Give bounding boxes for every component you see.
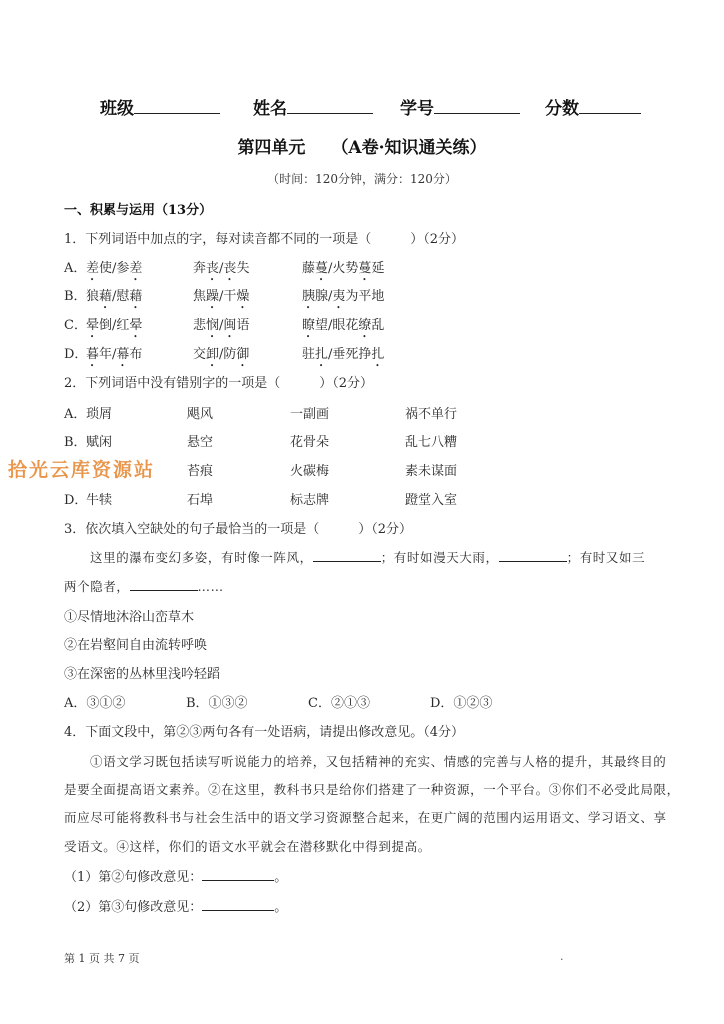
answer-2-blank[interactable] (202, 897, 274, 911)
class-label: 班级 (100, 99, 134, 119)
word-text: 狼 (86, 289, 99, 304)
emphasized-char: 夷 (332, 289, 345, 304)
question-3-stem: 3．依次填入空缺处的句子最恰当的一项是（ ）（2分） (64, 518, 412, 537)
q1-word-pair: 藤蔓/火势蔓延 (302, 257, 384, 284)
emphasized-char: 瞭 (302, 318, 315, 333)
emphasized-char: 丧 (223, 261, 236, 276)
emphasized-char: 暮 (86, 347, 99, 362)
header-field-score: 分数 (545, 94, 641, 119)
passage-text: …… (198, 579, 224, 594)
question-4-stem: 4．下面文段中，第②③两句各有一处语病，请提出修改意见。（4分） (64, 721, 464, 740)
word-text: 奔 (193, 261, 206, 276)
option-a[interactable]: A．③①② (64, 692, 125, 711)
q1-option-label[interactable]: C． (64, 314, 87, 333)
option-d[interactable]: D．①②③ (430, 692, 492, 711)
word-text: 失 (236, 261, 249, 276)
word-text: 年/ (99, 347, 116, 362)
header-field-class: 班级 (100, 94, 220, 119)
q2-word: 乱七八糟 (405, 431, 457, 450)
q1-word-pair: 奔丧/丧失 (193, 257, 249, 284)
q1-word-pair: 暮年/幕布 (86, 343, 142, 370)
word-text: 布 (129, 347, 142, 362)
q1-option-label[interactable]: B． (64, 285, 87, 304)
emphasized-char: 晕 (86, 318, 99, 333)
q2-word: 花骨朵 (290, 431, 329, 450)
q1-word-pair: 晕倒/红晕 (86, 314, 142, 341)
q1-word-pair: 交卸/防御 (193, 343, 249, 370)
q1-option-label[interactable]: D． (64, 343, 87, 362)
exam-time-info: （时间：120分钟，满分：120分） (0, 170, 724, 187)
word-text: 交 (193, 347, 206, 362)
blank-1[interactable] (313, 548, 381, 562)
answer-1: （1）第②句修改意见：。 (64, 866, 287, 885)
passage-text: ；有时如漫天大雨， (381, 550, 499, 565)
q2-word: 牛犊 (86, 489, 112, 508)
emphasized-char: 差 (129, 261, 142, 276)
word-text: /火势 (328, 261, 358, 276)
question-1-stem: 1．下列词语中加点的字，每对读音都不同的一项是（ ）（2分） (64, 228, 464, 247)
word-text: 悲 (193, 318, 206, 333)
emphasized-char: 幕 (116, 347, 129, 362)
word-text: /垂死挣 (328, 347, 371, 362)
q2-word: 石埠 (187, 489, 213, 508)
word-text: 驻 (302, 347, 315, 362)
word-text: /干 (219, 289, 236, 304)
emphasized-char: 御 (236, 347, 249, 362)
q2-word: 琐屑 (86, 403, 112, 422)
name-blank[interactable] (287, 97, 373, 114)
question-4-passage-line-3: 而应尽可能将教科书与社会生活中的语文学习资源整合起来，在更广阔的范围内运用语文、… (64, 808, 667, 826)
class-blank[interactable] (134, 97, 220, 114)
answer-2-label: （2）第③句修改意见： (64, 900, 202, 915)
question-4-passage-line-1: ①语文学习既包括读写听说能力的培养，又包括精神的充实、情感的完善与人格的提升，其… (90, 752, 666, 770)
emphasized-char: 躁 (206, 289, 219, 304)
header-field-name: 姓名 (253, 94, 373, 119)
q2-option-label[interactable]: D． (64, 489, 87, 508)
header-field-student-id: 学号 (400, 94, 520, 119)
q1-option-label[interactable]: A． (64, 257, 86, 276)
option-c[interactable]: C．②①③ (308, 692, 370, 711)
answer-1-suffix: 。 (274, 870, 287, 885)
score-label: 分数 (545, 99, 579, 119)
emphasized-char: 丧 (206, 261, 219, 276)
emphasized-char: 燥 (236, 289, 249, 304)
q2-word: 标志牌 (290, 489, 329, 508)
sentence-2: ②在岩壑间自由流转呼唤 (64, 634, 207, 653)
word-text: 语 (236, 318, 249, 333)
emphasized-char: 藉 (99, 289, 112, 304)
emphasized-char: 缭 (358, 318, 371, 333)
question-2-stem: 2．下列词语中没有错别字的一项是（ ）（2分） (64, 372, 373, 391)
emphasized-char: 扎 (371, 347, 384, 362)
emphasized-char: 扎 (315, 347, 328, 362)
answer-2-suffix: 。 (274, 900, 287, 915)
word-text: 藤 (302, 261, 315, 276)
student-id-blank[interactable] (434, 97, 520, 114)
question-3-passage-line-2: 两个隐者，…… (64, 577, 224, 595)
page-number: 第 1 页 共 7 页 (64, 950, 139, 966)
emphasized-char: 卸 (206, 347, 219, 362)
emphasized-char: 晕 (129, 318, 142, 333)
student-id-label: 学号 (400, 99, 434, 119)
word-text: 乱 (371, 318, 384, 333)
q1-word-pair: 悲悯/闽语 (193, 314, 249, 341)
word-text: 使/参 (99, 261, 129, 276)
word-text: 为平地 (345, 289, 384, 304)
word-text: /防 (219, 347, 236, 362)
question-4-passage-line-2: 是要全面提高语文素养。②在这里，教科书只是给你们搭建了一种资源，一个平台。③你们… (64, 780, 680, 798)
title-volume: （A卷·知识通关练） (331, 138, 486, 158)
emphasized-char: 悯 (206, 318, 219, 333)
word-text: 延 (371, 261, 384, 276)
q2-word: 蹬堂入室 (405, 489, 457, 508)
q1-word-pair: 差使/参差 (86, 257, 142, 284)
page-title: 第四单元（A卷·知识通关练） (0, 133, 724, 158)
answer-2: （2）第③句修改意见：。 (64, 896, 287, 915)
q2-option-label[interactable]: B． (64, 431, 87, 450)
footer-mark: . (560, 950, 564, 963)
option-b[interactable]: B．①③② (186, 692, 248, 711)
word-text: 焦 (193, 289, 206, 304)
q2-word: 赋闲 (86, 431, 112, 450)
name-label: 姓名 (253, 99, 287, 119)
q2-word: 飓风 (187, 403, 213, 422)
q1-word-pair: 驻扎/垂死挣扎 (302, 343, 384, 370)
q2-word: 一副画 (290, 403, 329, 422)
blank-2[interactable] (499, 548, 567, 562)
answer-1-label: （1）第②句修改意见： (64, 870, 202, 885)
q2-option-label[interactable]: A． (64, 403, 86, 422)
question-3-passage-line-1: 这里的瀑布变幻多姿，有时像一阵风，；有时如漫天大雨，；有时又如三 (90, 548, 645, 566)
word-text: 腺/ (315, 289, 332, 304)
blank-3[interactable] (130, 577, 198, 591)
q1-word-pair: 狼藉/慰藉 (86, 285, 142, 312)
passage-text: 两个隐者， (64, 579, 130, 594)
emphasized-char: 藉 (129, 289, 142, 304)
question-4-passage-line-4: 受语文。④这样，你们的语文水平就会在潜移默化中得到提高。 (64, 837, 431, 855)
emphasized-char: 蔓 (358, 261, 371, 276)
emphasized-char: 胰 (302, 289, 315, 304)
q2-word: 苔痕 (187, 460, 213, 479)
q1-word-pair: 胰腺/夷为平地 (302, 285, 384, 312)
score-blank[interactable] (579, 97, 641, 114)
q1-word-pair: 焦躁/干燥 (193, 285, 249, 312)
q2-word: 悬空 (187, 431, 213, 450)
sentence-3: ③在深密的丛林里浅吟轻蹈 (64, 663, 220, 682)
q2-word: 火碳梅 (290, 460, 329, 479)
word-text: /慰 (112, 289, 129, 304)
passage-text: ；有时又如三 (567, 550, 646, 565)
answer-1-blank[interactable] (202, 867, 274, 881)
watermark: 拾光云库资源站 (8, 455, 155, 482)
emphasized-char: 差 (86, 261, 99, 276)
q1-word-pair: 瞭望/眼花缭乱 (302, 314, 384, 341)
word-text: 望/眼花 (315, 318, 358, 333)
sentence-1: ①尽情地沐浴山峦草木 (64, 606, 194, 625)
title-unit: 第四单元 (237, 138, 305, 158)
section-heading: 一、积累与运用（13分） (64, 199, 212, 218)
passage-text: 这里的瀑布变幻多姿，有时像一阵风， (90, 550, 313, 565)
emphasized-char: 蔓 (315, 261, 328, 276)
word-text: 倒/红 (99, 318, 129, 333)
q2-word: 素未谋面 (405, 460, 457, 479)
emphasized-char: 闽 (223, 318, 236, 333)
q2-word: 祸不单行 (405, 403, 457, 422)
